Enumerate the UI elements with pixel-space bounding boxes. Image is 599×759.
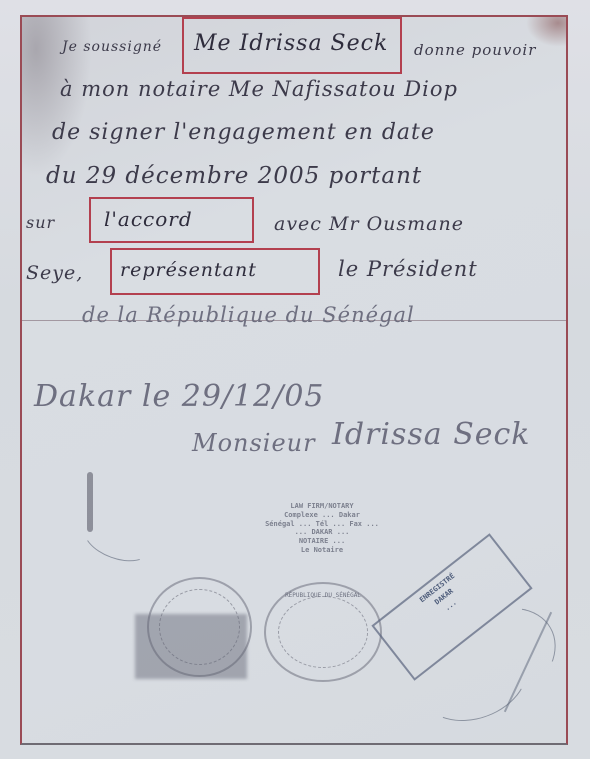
signature-name: Idrissa Seck [332, 417, 531, 452]
round-seal-center: RÉPUBLIQUE DU SÉNÉGAL [264, 582, 382, 682]
notary-stamp-line: Complexe ... Dakar [202, 511, 442, 520]
signature-prefix: Monsieur [192, 429, 316, 457]
notary-stamp-block: LAW FIRM/NOTARY Complexe ... Dakar Sénég… [202, 502, 442, 555]
document-sheet: Je soussigné Me Idrissa Seck donne pouvo… [20, 15, 568, 745]
round-seal-center-text: RÉPUBLIQUE DU SÉNÉGAL [266, 592, 380, 599]
line-4: du 29 décembre 2005 portant [46, 163, 422, 189]
highlighted-accord: l'accord [104, 207, 193, 231]
line-6-suffix: le Président [338, 257, 478, 281]
line-1-suffix: donne pouvoir [414, 41, 536, 59]
seal-ink-blot [135, 614, 247, 679]
line-1-prefix: Je soussigné [62, 39, 162, 55]
line-7: de la République du Sénégal [82, 303, 415, 327]
line-2: à mon notaire Me Nafissatou Diop [60, 77, 458, 101]
highlighted-representant: représentant [120, 259, 257, 281]
notary-stamp-line: Sénégal ... Tél ... Fax ... [202, 520, 442, 529]
notary-stamp-line: LAW FIRM/NOTARY [202, 502, 442, 511]
round-seal-center-inner [278, 596, 368, 668]
document-photo: Je soussigné Me Idrissa Seck donne pouvo… [0, 0, 590, 759]
line-3: de signer l'engagement en date [52, 120, 435, 145]
line-5-suffix: avec Mr Ousmane [274, 213, 464, 235]
line-6-prefix: Seye, [26, 262, 83, 284]
notary-stamp-line: NOTAIRE ... [202, 537, 442, 546]
notary-stamp-line: ... DAKAR ... [202, 528, 442, 537]
notary-stamp-line: Le Notaire [202, 546, 442, 555]
place-date: Dakar le 29/12/05 [34, 379, 325, 414]
line-5-prefix: sur [26, 213, 55, 232]
highlighted-signatory-name: Me Idrissa Seck [194, 31, 388, 56]
